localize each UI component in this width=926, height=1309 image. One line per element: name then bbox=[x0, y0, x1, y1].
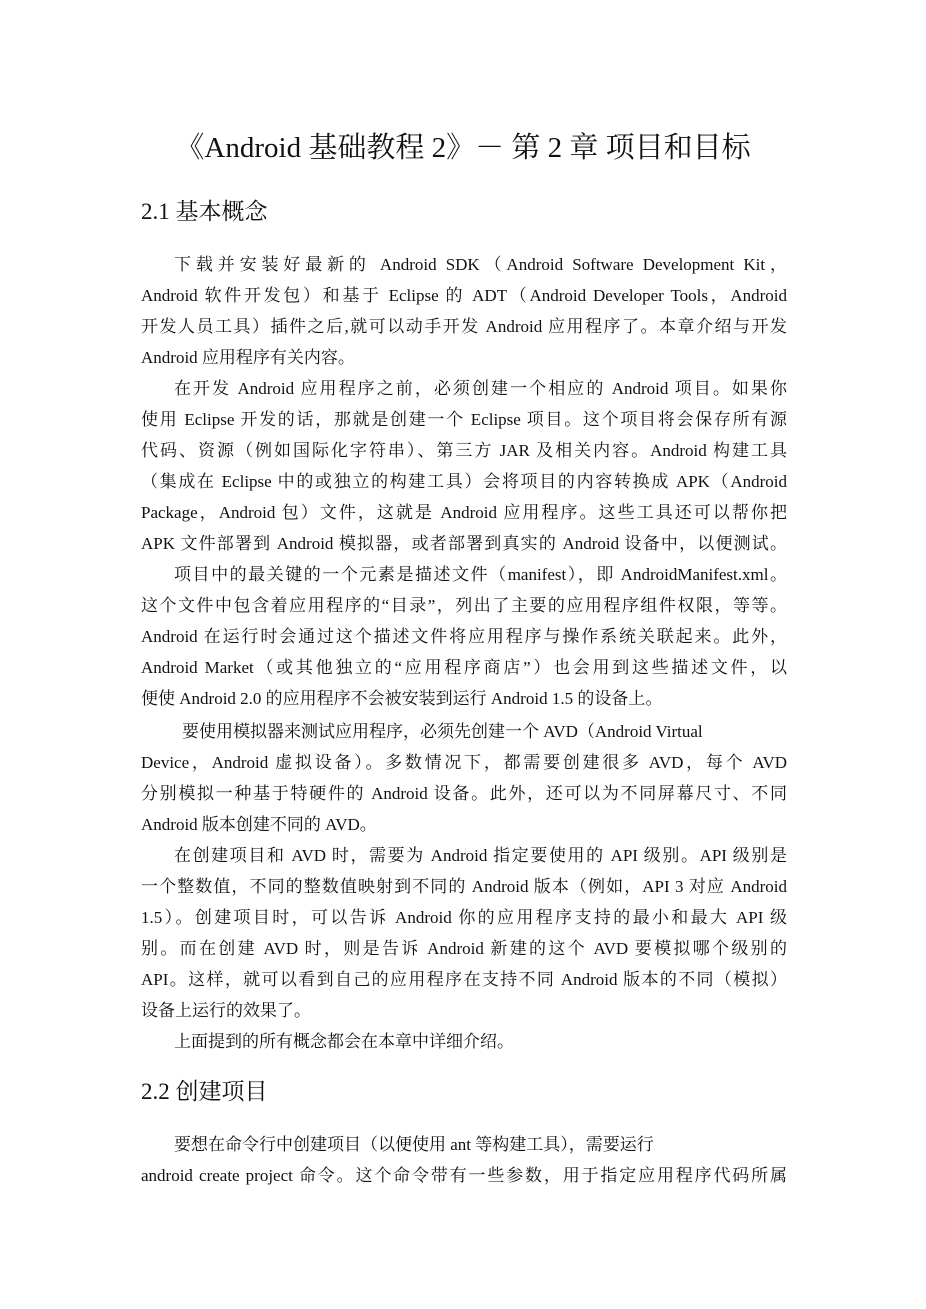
paragraph-line: Package，Android 包）文件，这就是 Android 应用程序。这些… bbox=[141, 501, 787, 525]
paragraph-line: 便使 Android 2.0 的应用程序不会被安装到运行 Android 1.5… bbox=[141, 687, 787, 711]
paragraph-line: 代码、资源（例如国际化字符串）、第三方 JAR 及相关内容。Android 构建… bbox=[141, 439, 787, 463]
paragraph-line: android create project 命令。这个命令带有一些参数，用于指… bbox=[141, 1164, 787, 1188]
paragraph-line: Android 应用程序有关内容。 bbox=[141, 346, 787, 370]
paragraph-line: 别。而在创建 AVD 时，则是告诉 Android 新建的这个 AVD 要模拟哪… bbox=[141, 937, 787, 961]
section-heading-2-2: 2.2 创建项目 bbox=[141, 1076, 268, 1108]
paragraph-line: 设备上运行的效果了。 bbox=[141, 999, 787, 1023]
paragraph-line: 上面提到的所有概念都会在本章中详细介绍。 bbox=[174, 1030, 787, 1054]
paragraph-line: Android 软件开发包）和基于 Eclipse 的 ADT（Android … bbox=[141, 284, 787, 308]
document-title: 《Android 基础教程 2》－ 第 2 章 项目和目标 bbox=[0, 128, 926, 168]
paragraph-line: 在创建项目和 AVD 时，需要为 Android 指定要使用的 API 级别。A… bbox=[174, 844, 787, 868]
paragraph-line: 使用 Eclipse 开发的话，那就是创建一个 Eclipse 项目。这个项目将… bbox=[141, 408, 787, 432]
paragraph-line: 分别模拟一种基于特硬件的 Android 设备。此外，还可以为不同屏幕尺寸、不同 bbox=[141, 782, 787, 806]
paragraph-line: 项目中的最关键的一个元素是描述文件（manifest），即 AndroidMan… bbox=[174, 563, 787, 587]
paragraph-line: Android 在运行时会通过这个描述文件将应用程序与操作系统关联起来。此外， bbox=[141, 625, 787, 649]
paragraph-line: APK 文件部署到 Android 模拟器，或者部署到真实的 Android 设… bbox=[141, 532, 787, 556]
section-heading-2-1: 2.1 基本概念 bbox=[141, 196, 268, 228]
paragraph-line: 开发人员工具）插件之后,就可以动手开发 Android 应用程序了。本章介绍与开… bbox=[141, 315, 787, 339]
paragraph-line: API。这样，就可以看到自己的应用程序在支持不同 Android 版本的不同（模… bbox=[141, 968, 787, 992]
paragraph-line: 一个整数值，不同的整数值映射到不同的 Android 版本（例如，API 3 对… bbox=[141, 875, 787, 899]
paragraph-line: 这个文件中包含着应用程序的“目录”，列出了主要的应用程序组件权限，等等。 bbox=[141, 594, 787, 618]
paragraph-line: 1.5）。创建项目时，可以告诉 Android 你的应用程序支持的最小和最大 A… bbox=[141, 906, 787, 930]
paragraph-line: 在开发 Android 应用程序之前，必须创建一个相应的 Android 项目。… bbox=[174, 377, 787, 401]
paragraph-line: Device，Android 虚拟设备）。多数情况下，都需要创建很多 AVD，每… bbox=[141, 751, 787, 775]
paragraph-line: 要使用模拟器来测试应用程序，必须先创建一个 AVD（Android Virtua… bbox=[182, 720, 787, 744]
paragraph-line: 下载并安装好最新的 Android SDK（Android Software D… bbox=[174, 253, 787, 277]
paragraph-line: Android Market（或其他独立的“应用程序商店”）也会用到这些描述文件… bbox=[141, 656, 787, 680]
paragraph-line: （集成在 Eclipse 中的或独立的构建工具）会将项目的内容转换成 APK（A… bbox=[141, 470, 787, 494]
document-page: 《Android 基础教程 2》－ 第 2 章 项目和目标 2.1 基本概念 下… bbox=[0, 0, 926, 1309]
paragraph-line: 要想在命令行中创建项目（以便使用 ant 等构建工具），需要运行 bbox=[174, 1133, 787, 1157]
paragraph-line: Android 版本创建不同的 AVD。 bbox=[141, 813, 787, 837]
